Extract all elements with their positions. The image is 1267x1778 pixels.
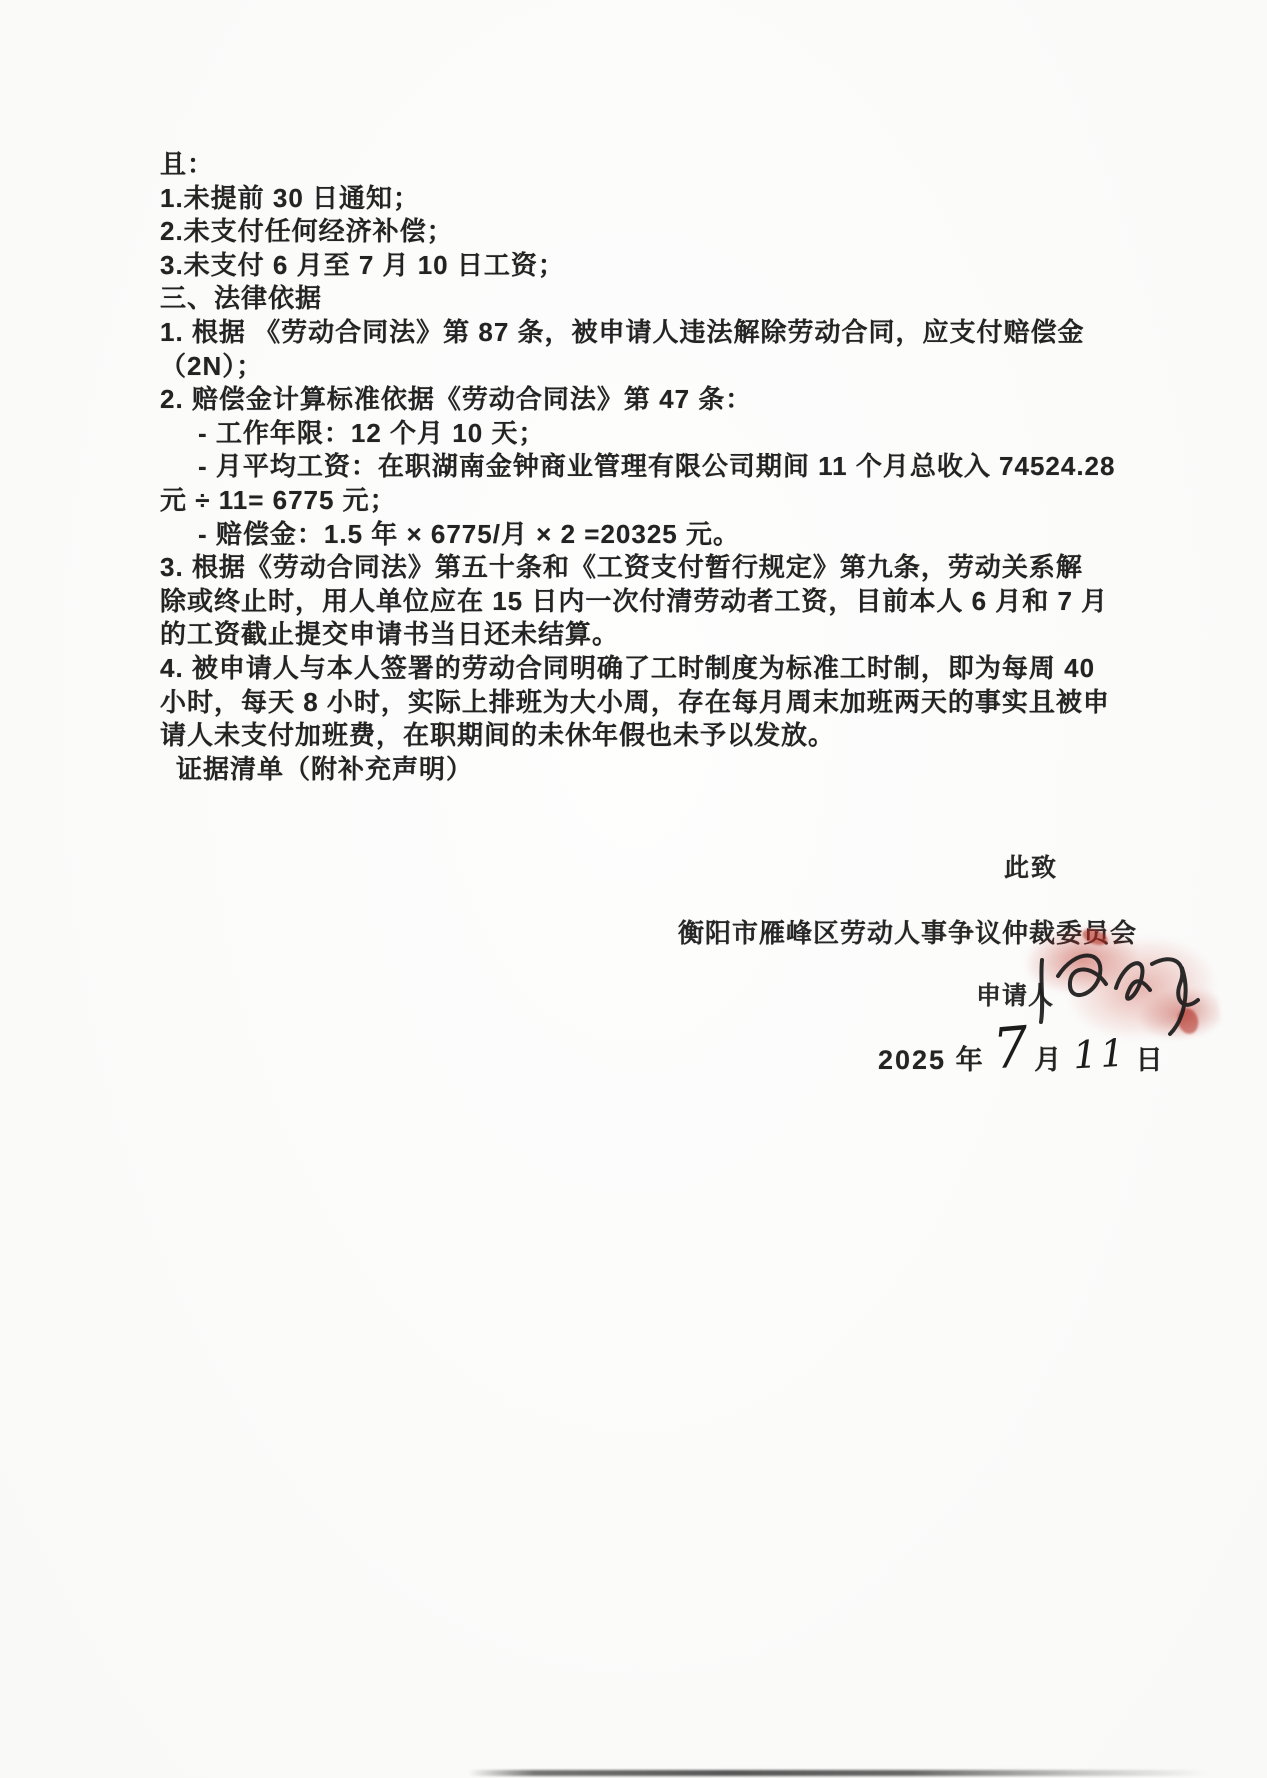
body-line: 2.未支付任何经济补偿； bbox=[160, 215, 1140, 249]
body-line: 1. 根据 《劳动合同法》第 87 条，被申请人违法解除劳动合同，应支付赔偿金 bbox=[160, 316, 1140, 350]
body-line: （2N）； bbox=[160, 350, 1140, 384]
body-line: 3.未支付 6 月至 7 月 10 日工资； bbox=[160, 249, 1140, 283]
body-line: 4. 被申请人与本人签署的劳动合同明确了工时制度为标准工时制，即为每周 40 bbox=[160, 652, 1140, 686]
closing-salute: 此致 bbox=[1004, 848, 1058, 884]
evidence-list-line: 证据清单（附补充声明） bbox=[160, 753, 1140, 787]
body-line: 除或终止时，用人单位应在 15 日内一次付清劳动者工资，目前本人 6 月和 7 … bbox=[160, 585, 1140, 619]
date-year: 2025 年 bbox=[878, 1038, 985, 1077]
body-line: 小时，每天 8 小时，实际上排班为大小周，存在每月周末加班两天的事实且被申 bbox=[160, 686, 1140, 720]
body-line: 2. 赔偿金计算标准依据《劳动合同法》第 47 条： bbox=[160, 383, 1140, 417]
body-line: - 工作年限：12 个月 10 天； bbox=[160, 417, 1140, 451]
scanned-document-page: 且： 1.未提前 30 日通知； 2.未支付任何经济补偿； 3.未支付 6 月至… bbox=[0, 0, 1267, 1778]
applicant-signature bbox=[1032, 930, 1204, 1042]
body-line: 3. 根据《劳动合同法》第五十条和《工资支付暂行规定》第九条，劳动关系解 bbox=[160, 551, 1140, 585]
stray-mark bbox=[300, 300, 305, 305]
date-month-label: 月 bbox=[1034, 1038, 1063, 1077]
body-line: 的工资截止提交申请书当日还未结算。 bbox=[160, 618, 1140, 652]
scanner-edge-shadow bbox=[468, 1770, 1208, 1776]
section-heading-legal-basis: 三、法律依据 bbox=[160, 282, 1140, 316]
body-line: 元 ÷ 11= 6775 元； bbox=[160, 484, 1140, 518]
date-line: 2025 年 7 月 11 日 bbox=[878, 1038, 1165, 1077]
handwritten-month: 7 bbox=[991, 1027, 1030, 1070]
body-line: 且： bbox=[160, 148, 1140, 182]
handwritten-day: 11 bbox=[1072, 1035, 1128, 1072]
body-line: 1.未提前 30 日通知； bbox=[160, 182, 1140, 216]
body-line: - 赔偿金：1.5 年 × 6775/月 × 2 =20325 元。 bbox=[160, 518, 1140, 552]
date-day-label: 日 bbox=[1136, 1038, 1165, 1077]
body-line: 请人未支付加班费，在职期间的未休年假也未予以发放。 bbox=[160, 719, 1140, 753]
body-line: - 月平均工资：在职湖南金钟商业管理有限公司期间 11 个月总收入 74524.… bbox=[160, 450, 1140, 484]
document-body: 且： 1.未提前 30 日通知； 2.未支付任何经济补偿； 3.未支付 6 月至… bbox=[160, 148, 1140, 786]
